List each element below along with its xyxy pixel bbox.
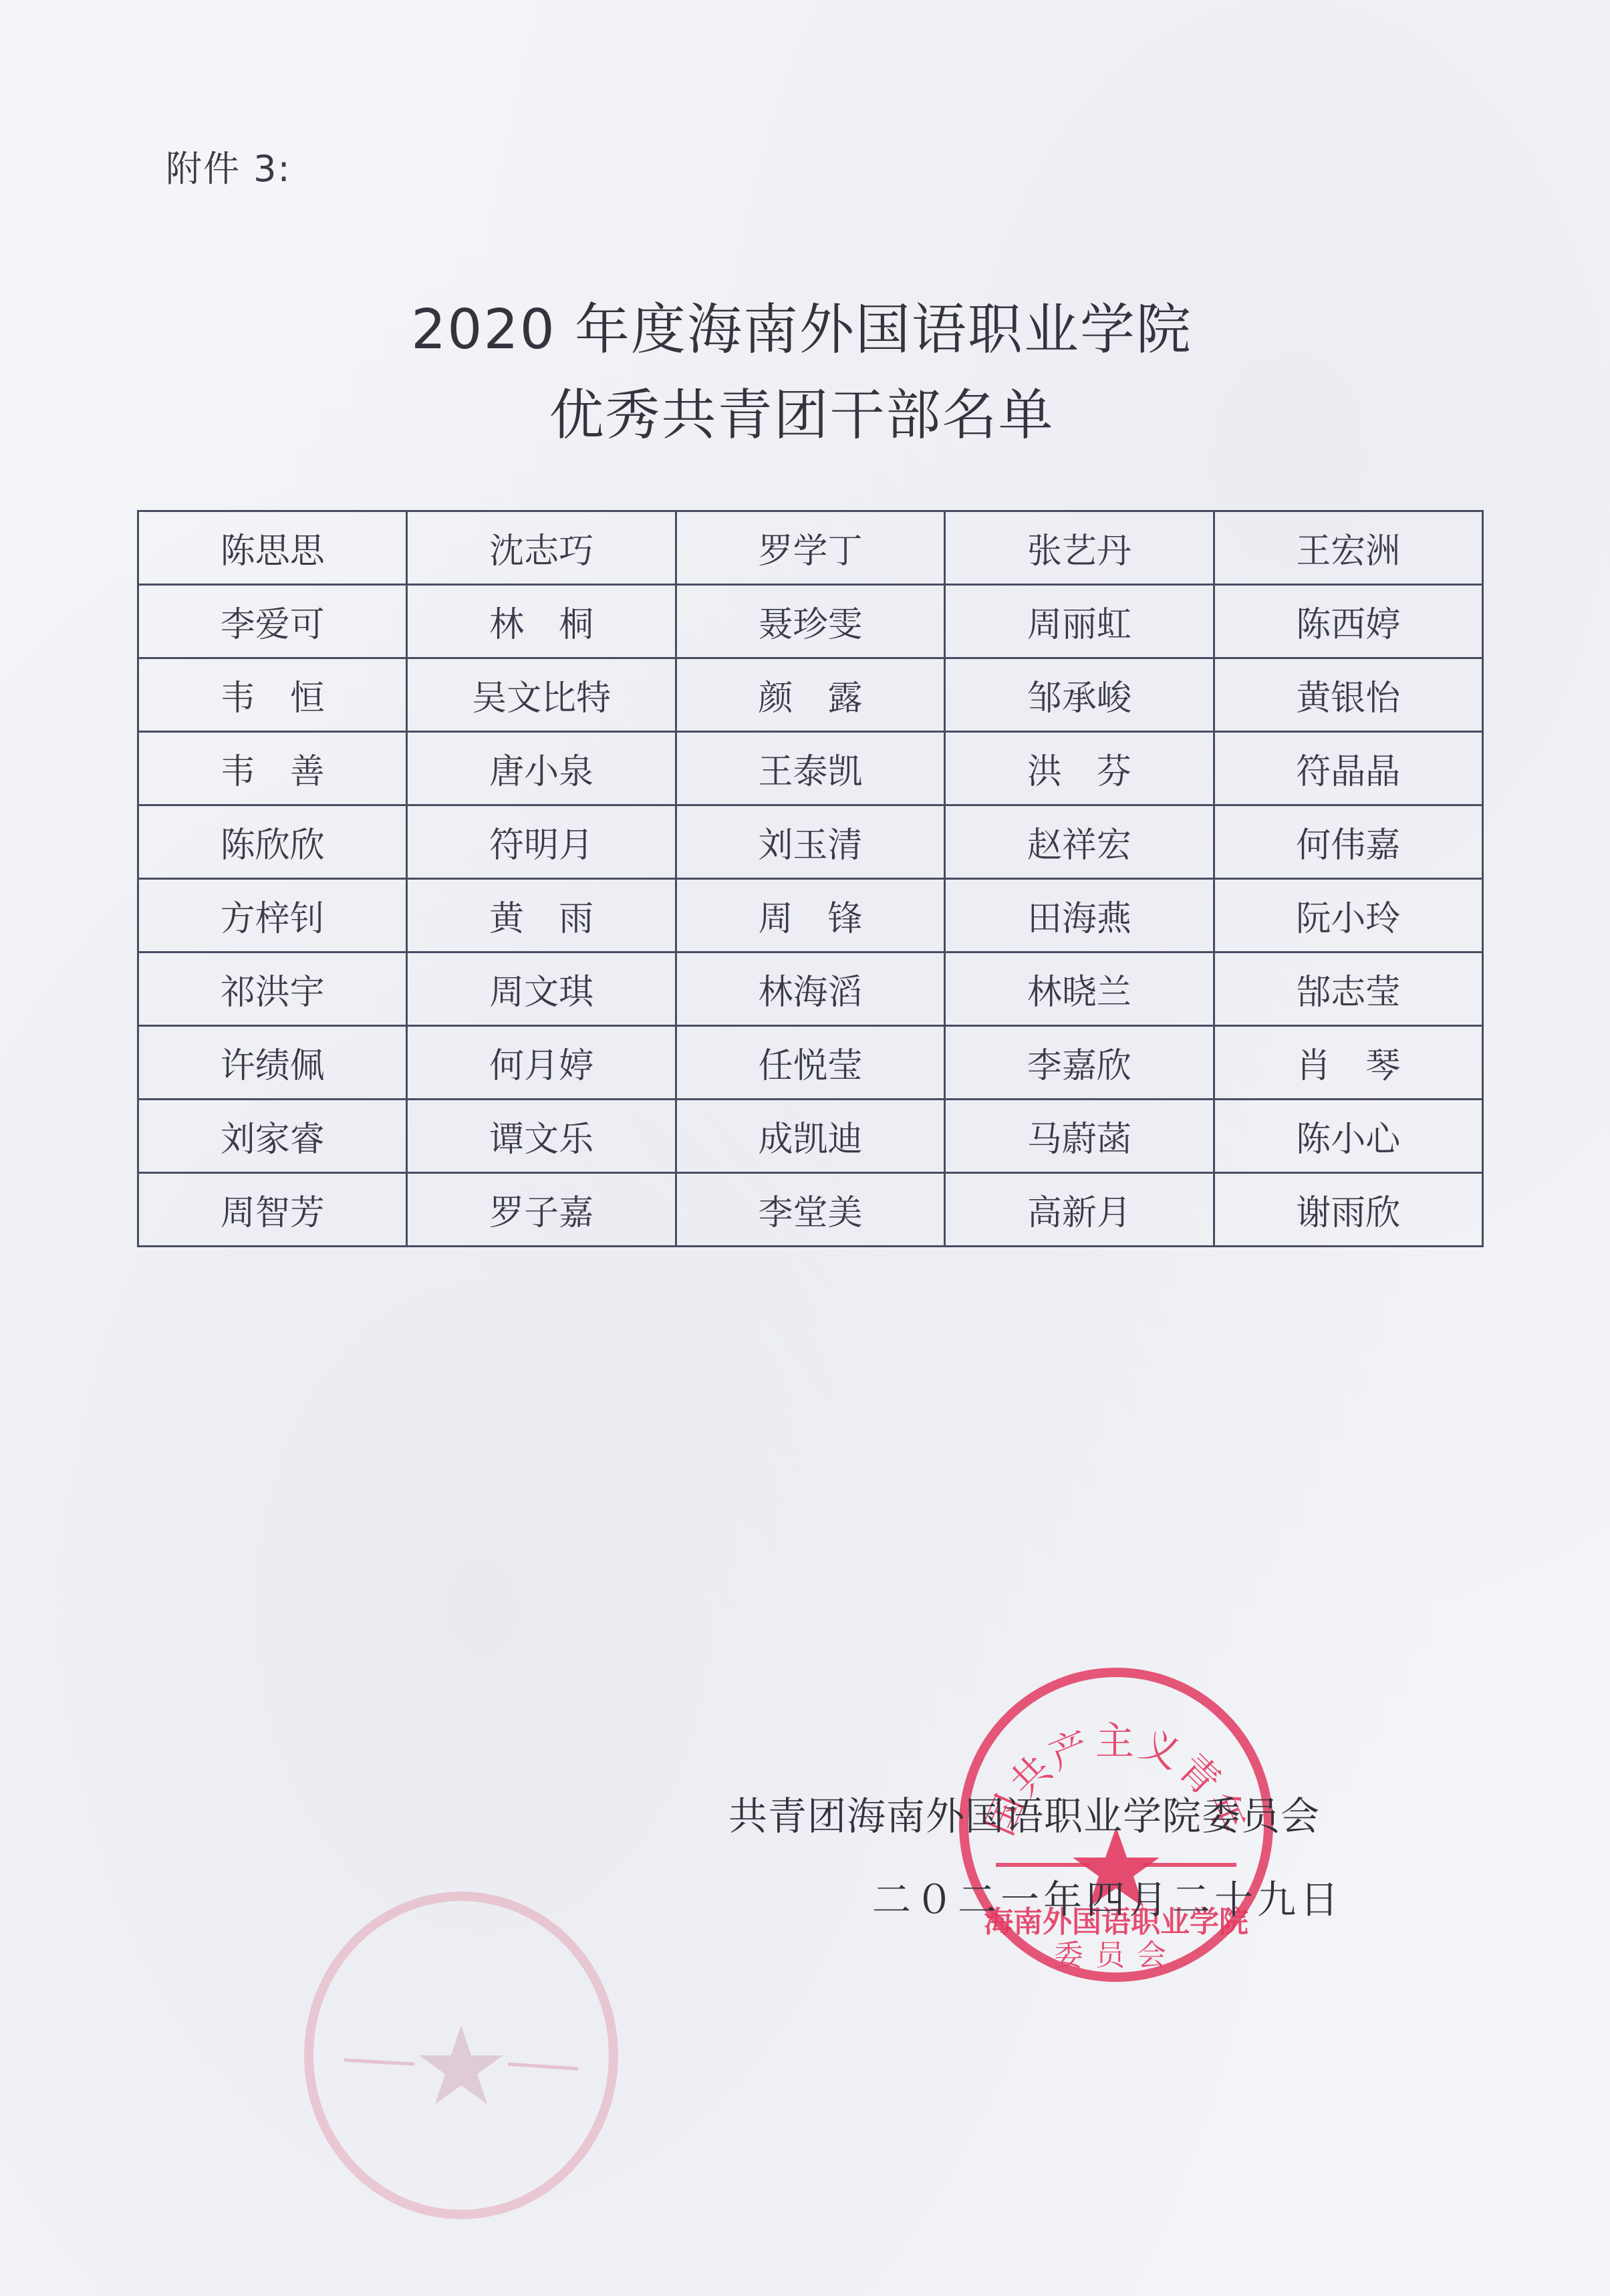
name-cell: 吴文比特 <box>407 658 676 732</box>
name-cell: 陈西婷 <box>1214 585 1482 658</box>
name-cell: 陈思思 <box>138 511 407 585</box>
name-cell: 林海滔 <box>676 952 944 1026</box>
table-row: 韦 善 唐小泉 王泰凯 洪 芬 符晶晶 <box>138 732 1483 805</box>
name-cell: 周智芳 <box>138 1173 407 1247</box>
table-row: 周智芳 罗子嘉 李堂美 高新月 谢雨欣 <box>138 1173 1483 1247</box>
name-cell: 方梓钊 <box>138 879 407 952</box>
bleed-through-seal <box>304 1892 618 2219</box>
name-cell: 周丽虹 <box>945 585 1214 658</box>
table-row: 韦 恒 吴文比特 颜 露 邹承峻 黄银怡 <box>138 658 1483 732</box>
name-cell: 李堂美 <box>676 1173 944 1247</box>
name-cell: 符明月 <box>407 805 676 879</box>
table-row: 祁洪宇 周文琪 林海滔 林晓兰 郜志莹 <box>138 952 1483 1026</box>
name-cell: 成凯迪 <box>676 1100 944 1173</box>
name-cell: 罗学丁 <box>676 511 944 585</box>
name-cell: 符晶晶 <box>1214 732 1482 805</box>
name-cell: 高新月 <box>945 1173 1214 1247</box>
name-cell: 黄银怡 <box>1214 658 1482 732</box>
name-cell: 邹承峻 <box>945 658 1214 732</box>
table-row: 陈欣欣 符明月 刘玉清 赵祥宏 何伟嘉 <box>138 805 1483 879</box>
name-cell: 何月婷 <box>407 1026 676 1100</box>
seal-star-icon <box>304 1892 618 2219</box>
name-cell: 韦 恒 <box>138 658 407 732</box>
name-cell: 刘玉清 <box>676 805 944 879</box>
issue-date: 二０二一年四月二十九日 <box>872 1868 1343 1924</box>
document-title-line1: 2020 年度海南外国语职业学院 <box>0 286 1607 364</box>
table-row: 许绩佩 何月婷 任悦莹 李嘉欣 肖 琴 <box>138 1026 1483 1100</box>
name-cell: 李爱可 <box>138 585 407 658</box>
name-cell: 聂珍雯 <box>676 585 944 658</box>
name-cell: 张艺丹 <box>945 511 1214 585</box>
name-cell: 谢雨欣 <box>1214 1173 1482 1247</box>
table-row: 方梓钊 黄 雨 周 锋 田海燕 阮小玲 <box>138 879 1483 952</box>
name-cell: 黄 雨 <box>407 879 676 952</box>
name-cell: 郜志莹 <box>1214 952 1482 1026</box>
name-cell: 陈小心 <box>1214 1100 1482 1173</box>
table-row: 陈思思 沈志巧 罗学丁 张艺丹 王宏洲 <box>138 511 1483 585</box>
name-cell: 王泰凯 <box>676 732 944 805</box>
name-cell: 李嘉欣 <box>945 1026 1214 1100</box>
name-cell: 赵祥宏 <box>945 805 1214 879</box>
attachment-label: 附件 3: <box>166 140 291 192</box>
name-cell: 马蔚菡 <box>945 1100 1214 1173</box>
name-cell: 刘家睿 <box>138 1100 407 1173</box>
name-cell: 何伟嘉 <box>1214 805 1482 879</box>
name-cell: 周 锋 <box>676 879 944 952</box>
name-cell: 阮小玲 <box>1214 879 1482 952</box>
name-cell: 林 桐 <box>407 585 676 658</box>
name-cell: 罗子嘉 <box>407 1173 676 1247</box>
names-table: 陈思思 沈志巧 罗学丁 张艺丹 王宏洲 李爱可 林 桐 聂珍雯 周丽虹 陈西婷 … <box>137 510 1484 1247</box>
name-cell: 唐小泉 <box>407 732 676 805</box>
table-row: 李爱可 林 桐 聂珍雯 周丽虹 陈西婷 <box>138 585 1483 658</box>
name-cell: 韦 善 <box>138 732 407 805</box>
name-cell: 沈志巧 <box>407 511 676 585</box>
name-cell: 陈欣欣 <box>138 805 407 879</box>
name-cell: 颜 露 <box>676 658 944 732</box>
name-cell: 洪 芬 <box>945 732 1214 805</box>
table-row: 刘家睿 谭文乐 成凯迪 马蔚菡 陈小心 <box>138 1100 1483 1173</box>
name-cell: 肖 琴 <box>1214 1026 1482 1100</box>
name-cell: 田海燕 <box>945 879 1214 952</box>
name-cell: 谭文乐 <box>407 1100 676 1173</box>
name-cell: 任悦莹 <box>676 1026 944 1100</box>
name-cell: 周文琪 <box>407 952 676 1026</box>
document-title-line2: 优秀共青团干部名单 <box>0 372 1607 450</box>
name-cell: 王宏洲 <box>1214 511 1482 585</box>
name-cell: 林晓兰 <box>945 952 1214 1026</box>
name-cell: 祁洪宇 <box>138 952 407 1026</box>
name-cell: 许绩佩 <box>138 1026 407 1100</box>
issuing-organization: 共青团海南外国语职业学院委员会 <box>728 1785 1320 1841</box>
seal-center-text: 委员会 <box>1054 1938 1178 1972</box>
